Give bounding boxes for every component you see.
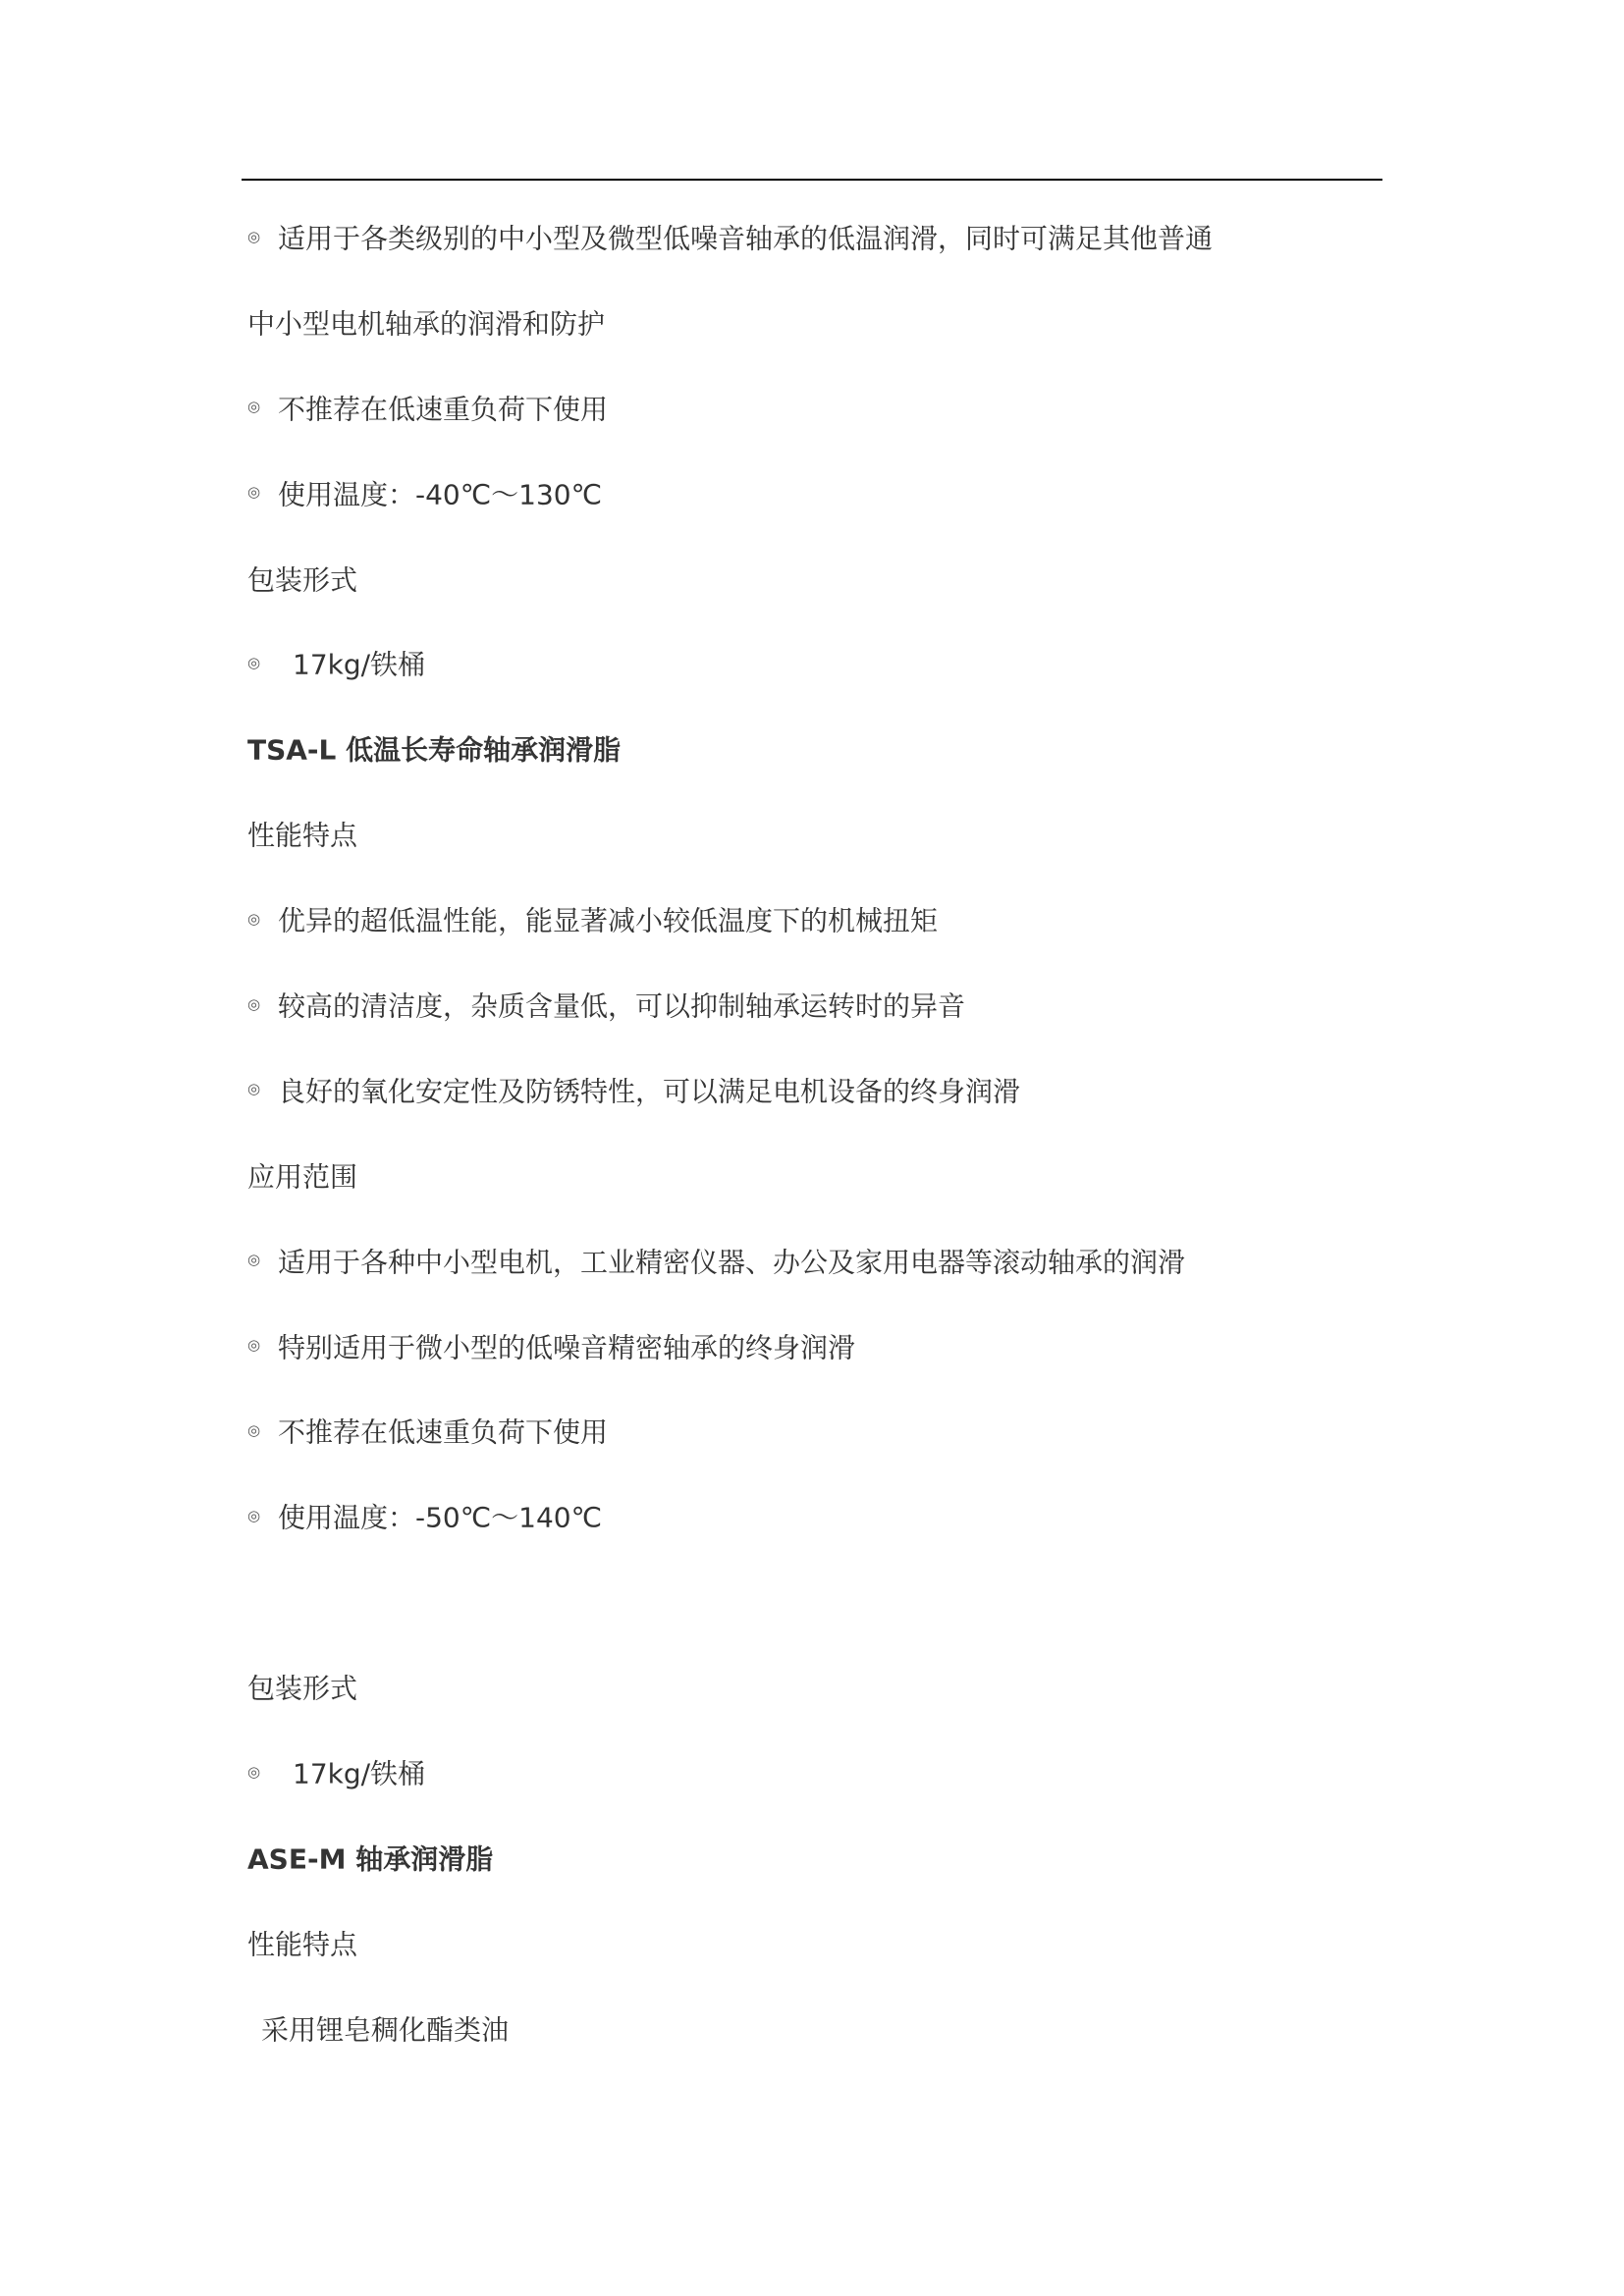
bullet-item: ◎使用温度：-50℃～140℃ xyxy=(247,1475,1386,1561)
bullet-text: 特别适用于微小型的低噪音精密轴承的终身润滑 xyxy=(278,1331,855,1363)
bullet-item: ◎使用温度：-40℃～130℃ xyxy=(247,453,1386,538)
bullet-icon: ◎ xyxy=(247,450,278,535)
bullet-text: 使用温度：-40℃～130℃ xyxy=(278,478,602,510)
section-label: 应用范围 xyxy=(247,1135,1386,1220)
bullet-item: ◎17kg/铁桶 xyxy=(247,622,1386,708)
bullet-item: ◎17kg/铁桶 xyxy=(247,1732,1386,1817)
bullet-item: ◎特别适用于微小型的低噪音精密轴承的终身润滑 xyxy=(247,1306,1386,1391)
bullet-icon: ◎ xyxy=(247,1046,278,1132)
paragraph-line: 中小型电机轴承的润滑和防护 xyxy=(247,282,1386,367)
bullet-text: 17kg/铁桶 xyxy=(293,1758,425,1790)
bullet-text: 适用于各种中小型电机，工业精密仪器、办公及家用电器等滚动轴承的润滑 xyxy=(278,1246,1185,1278)
bullet-icon: ◎ xyxy=(247,962,278,1047)
product-heading-text: ASE-M 轴承润滑脂 xyxy=(247,1842,493,1875)
product-heading-text: TSA-L 低温长寿命轴承润滑脂 xyxy=(247,734,621,767)
paragraph-line: 采用锂皂稠化酯类油 xyxy=(247,1988,1386,2073)
bullet-text: 较高的清洁度，杂质含量低，可以抑制轴承运转时的异音 xyxy=(278,990,965,1023)
section-label: 性能特点 xyxy=(247,1902,1386,1988)
bullet-item: ◎不推荐在低速重负荷下使用 xyxy=(247,367,1386,453)
section-label-text: 包装形式 xyxy=(247,563,357,596)
bullet-icon: ◎ xyxy=(247,1303,278,1388)
bullet-item: ◎良好的氧化安定性及防锈特性，可以满足电机设备的终身润滑 xyxy=(247,1049,1386,1135)
bullet-text: 良好的氧化安定性及防锈特性，可以满足电机设备的终身润滑 xyxy=(278,1075,1020,1107)
bullet-text: 优异的超低温性能，能显著减小较低温度下的机械扭矩 xyxy=(278,905,938,937)
bullet-text: 不推荐在低速重负荷下使用 xyxy=(278,393,608,425)
section-label: 性能特点 xyxy=(247,793,1386,879)
product-heading: ASE-M 轴承润滑脂 xyxy=(247,1817,1386,1902)
bullet-icon: ◎ xyxy=(247,877,278,962)
section-label-text: 应用范围 xyxy=(247,1160,357,1193)
bullet-item: ◎适用于各种中小型电机，工业精密仪器、办公及家用电器等滚动轴承的润滑 xyxy=(247,1220,1386,1306)
bullet-icon: ◎ xyxy=(247,1217,278,1303)
bullet-icon: ◎ xyxy=(247,194,278,280)
bullet-item: ◎较高的清洁度，杂质含量低，可以抑制轴承运转时的异音 xyxy=(247,964,1386,1049)
document-body: ◎适用于各类级别的中小型及微型低噪音轴承的低温润滑，同时可满足其他普通 中小型电… xyxy=(247,196,1386,2073)
blank-line xyxy=(247,1561,1386,1646)
paragraph-text: 采用锂皂稠化酯类油 xyxy=(261,2013,509,2046)
bullet-icon: ◎ xyxy=(247,1473,278,1559)
product-heading: TSA-L 低温长寿命轴承润滑脂 xyxy=(247,708,1386,793)
section-label-text: 性能特点 xyxy=(247,820,357,852)
bullet-text: 17kg/铁桶 xyxy=(293,649,425,681)
bullet-icon: ◎ xyxy=(247,620,293,706)
bullet-item: ◎适用于各类级别的中小型及微型低噪音轴承的低温润滑，同时可满足其他普通 xyxy=(247,196,1386,282)
bullet-item: ◎优异的超低温性能，能显著减小较低温度下的机械扭矩 xyxy=(247,879,1386,964)
bullet-icon: ◎ xyxy=(247,364,278,450)
bullet-icon: ◎ xyxy=(247,1388,278,1473)
bullet-icon: ◎ xyxy=(247,1730,293,1815)
bullet-item: ◎不推荐在低速重负荷下使用 xyxy=(247,1390,1386,1475)
section-label-text: 性能特点 xyxy=(247,1928,357,1960)
bullet-text: 使用温度：-50℃～140℃ xyxy=(278,1502,602,1534)
section-label: 包装形式 xyxy=(247,538,1386,623)
bullet-text: 不推荐在低速重负荷下使用 xyxy=(278,1416,608,1449)
bullet-text: 适用于各类级别的中小型及微型低噪音轴承的低温润滑，同时可满足其他普通 xyxy=(278,223,1213,255)
header-rule xyxy=(242,179,1382,181)
section-label: 包装形式 xyxy=(247,1646,1386,1732)
paragraph-text: 中小型电机轴承的润滑和防护 xyxy=(247,307,605,340)
section-label-text: 包装形式 xyxy=(247,1673,357,1705)
